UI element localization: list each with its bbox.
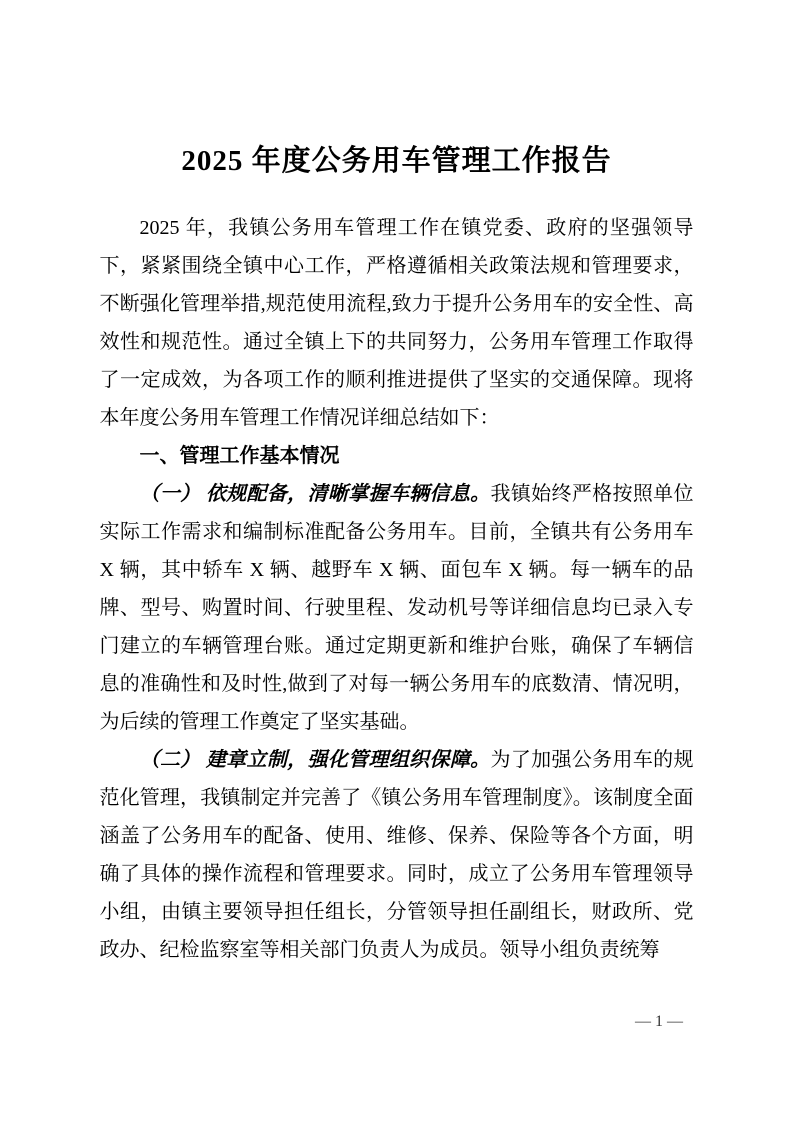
paragraph-item-1-lead: （一） 依规配备，清晰掌握车辆信息。 (140, 483, 491, 505)
paragraph-item-1: （一） 依规配备，清晰掌握车辆信息。我镇始终严格按照单位实际工作需求和编制标准配… (100, 475, 694, 741)
intro-paragraph: 2025 年，我镇公务用车管理工作在镇党委、政府的坚强领导下，紧紧围绕全镇中心工… (100, 209, 694, 437)
section-heading-1: 一、管理工作基本情况 (100, 437, 694, 475)
paragraph-item-2-lead: （二） 建章立制，强化管理组织保障。 (140, 749, 491, 771)
intro-paragraph-text: 2025 年，我镇公务用车管理工作在镇党委、政府的坚强领导下，紧紧围绕全镇中心工… (100, 217, 694, 429)
document-title: 2025 年度公务用车管理工作报告 (0, 0, 793, 182)
page-number: — 1 — (635, 1010, 683, 1034)
paragraph-item-2-text: 为了加强公务用车的规范化管理，我镇制定并完善了《镇公务用车管理制度》。该制度全面… (100, 749, 694, 961)
document-body: 2025 年，我镇公务用车管理工作在镇党委、政府的坚强领导下，紧紧围绕全镇中心工… (100, 209, 694, 969)
paragraph-item-1-text: 我镇始终严格按照单位实际工作需求和编制标准配备公务用车。目前，全镇共有公务用车 … (100, 483, 694, 733)
paragraph-item-2: （二） 建章立制，强化管理组织保障。为了加强公务用车的规范化管理，我镇制定并完善… (100, 741, 694, 969)
document-page: 2025 年度公务用车管理工作报告 2025 年，我镇公务用车管理工作在镇党委、… (0, 0, 793, 1122)
